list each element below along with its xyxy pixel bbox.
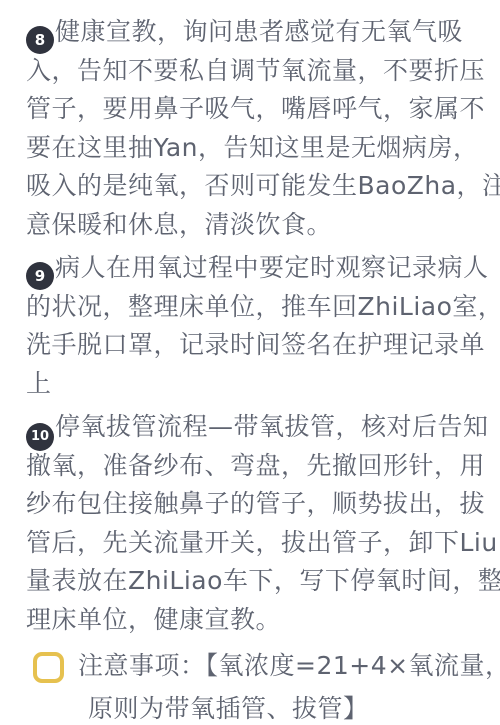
text-line: 管子，要用鼻子吸气，嘴唇呼气，家属不 [26,90,486,129]
text-line: 洗手脱口罩，记录时间签名在护理记录单 [26,326,486,365]
text-line: 理床单位，健康宣教。 [26,601,486,640]
text-line: 撤氧，准备纱布、弯盘，先撤回形针，用 [26,447,486,486]
text-line: 意保暖和休息，清淡饮食。 [26,206,486,245]
text-line: 吸入的是纯氧，否则可能发生BaoZha，注 [26,167,486,206]
text-line: 9病人在用氧过程中要定时观察记录病人 [26,249,486,288]
text-line: 管后，先关流量开关，拔出管子，卸下Liu [26,524,486,563]
numbered-section: 10停氧拔管流程—带氧拔管，核对后告知撤氧，准备纱布、弯盘，先撤回形针，用纱布包… [26,408,486,639]
text-line: 量表放在ZhiLiao车下，写下停氧时间，整 [26,562,486,601]
note-line: 注意事项：【氧浓度=21+4×氧流量， [78,647,500,686]
numbered-section: 8健康宣教，询问患者感觉有无氧气吸入，告知不要私自调节氧流量，不要折压管子，要用… [26,13,486,244]
text-line: 入，告知不要私自调节氧流量，不要折压 [26,52,486,91]
text-line: 的状况，整理床单位，推车回ZhiLiao室， [26,288,486,327]
sections-container: 8健康宣教，询问患者感觉有无氧气吸入，告知不要私自调节氧流量，不要折压管子，要用… [26,13,486,639]
text-line: 纱布包住接触鼻子的管子，顺势拔出，拔 [26,485,486,524]
checkbox-icon[interactable] [33,652,64,683]
item-number-badge: 8 [26,26,54,54]
note-line: 原则为带氧插管、拔管】 [78,690,500,725]
text-line: 10停氧拔管流程—带氧拔管，核对后告知 [26,408,486,447]
text-line: 上 [26,365,486,404]
text-line: 8健康宣教，询问患者感觉有无氧气吸 [26,13,486,52]
text-line: 要在这里抽Yan，告知这里是无烟病房， [26,129,486,168]
numbered-section: 9病人在用氧过程中要定时观察记录病人的状况，整理床单位，推车回ZhiLiao室，… [26,249,486,403]
notes-row: 注意事项：【氧浓度=21+4×氧流量， 原则为带氧插管、拔管】 [26,647,486,725]
notes-document: 8健康宣教，询问患者感觉有无氧气吸入，告知不要私自调节氧流量，不要折压管子，要用… [0,0,500,725]
notes-lines: 注意事项：【氧浓度=21+4×氧流量， 原则为带氧插管、拔管】 [78,647,500,725]
item-number-badge: 9 [26,262,54,290]
